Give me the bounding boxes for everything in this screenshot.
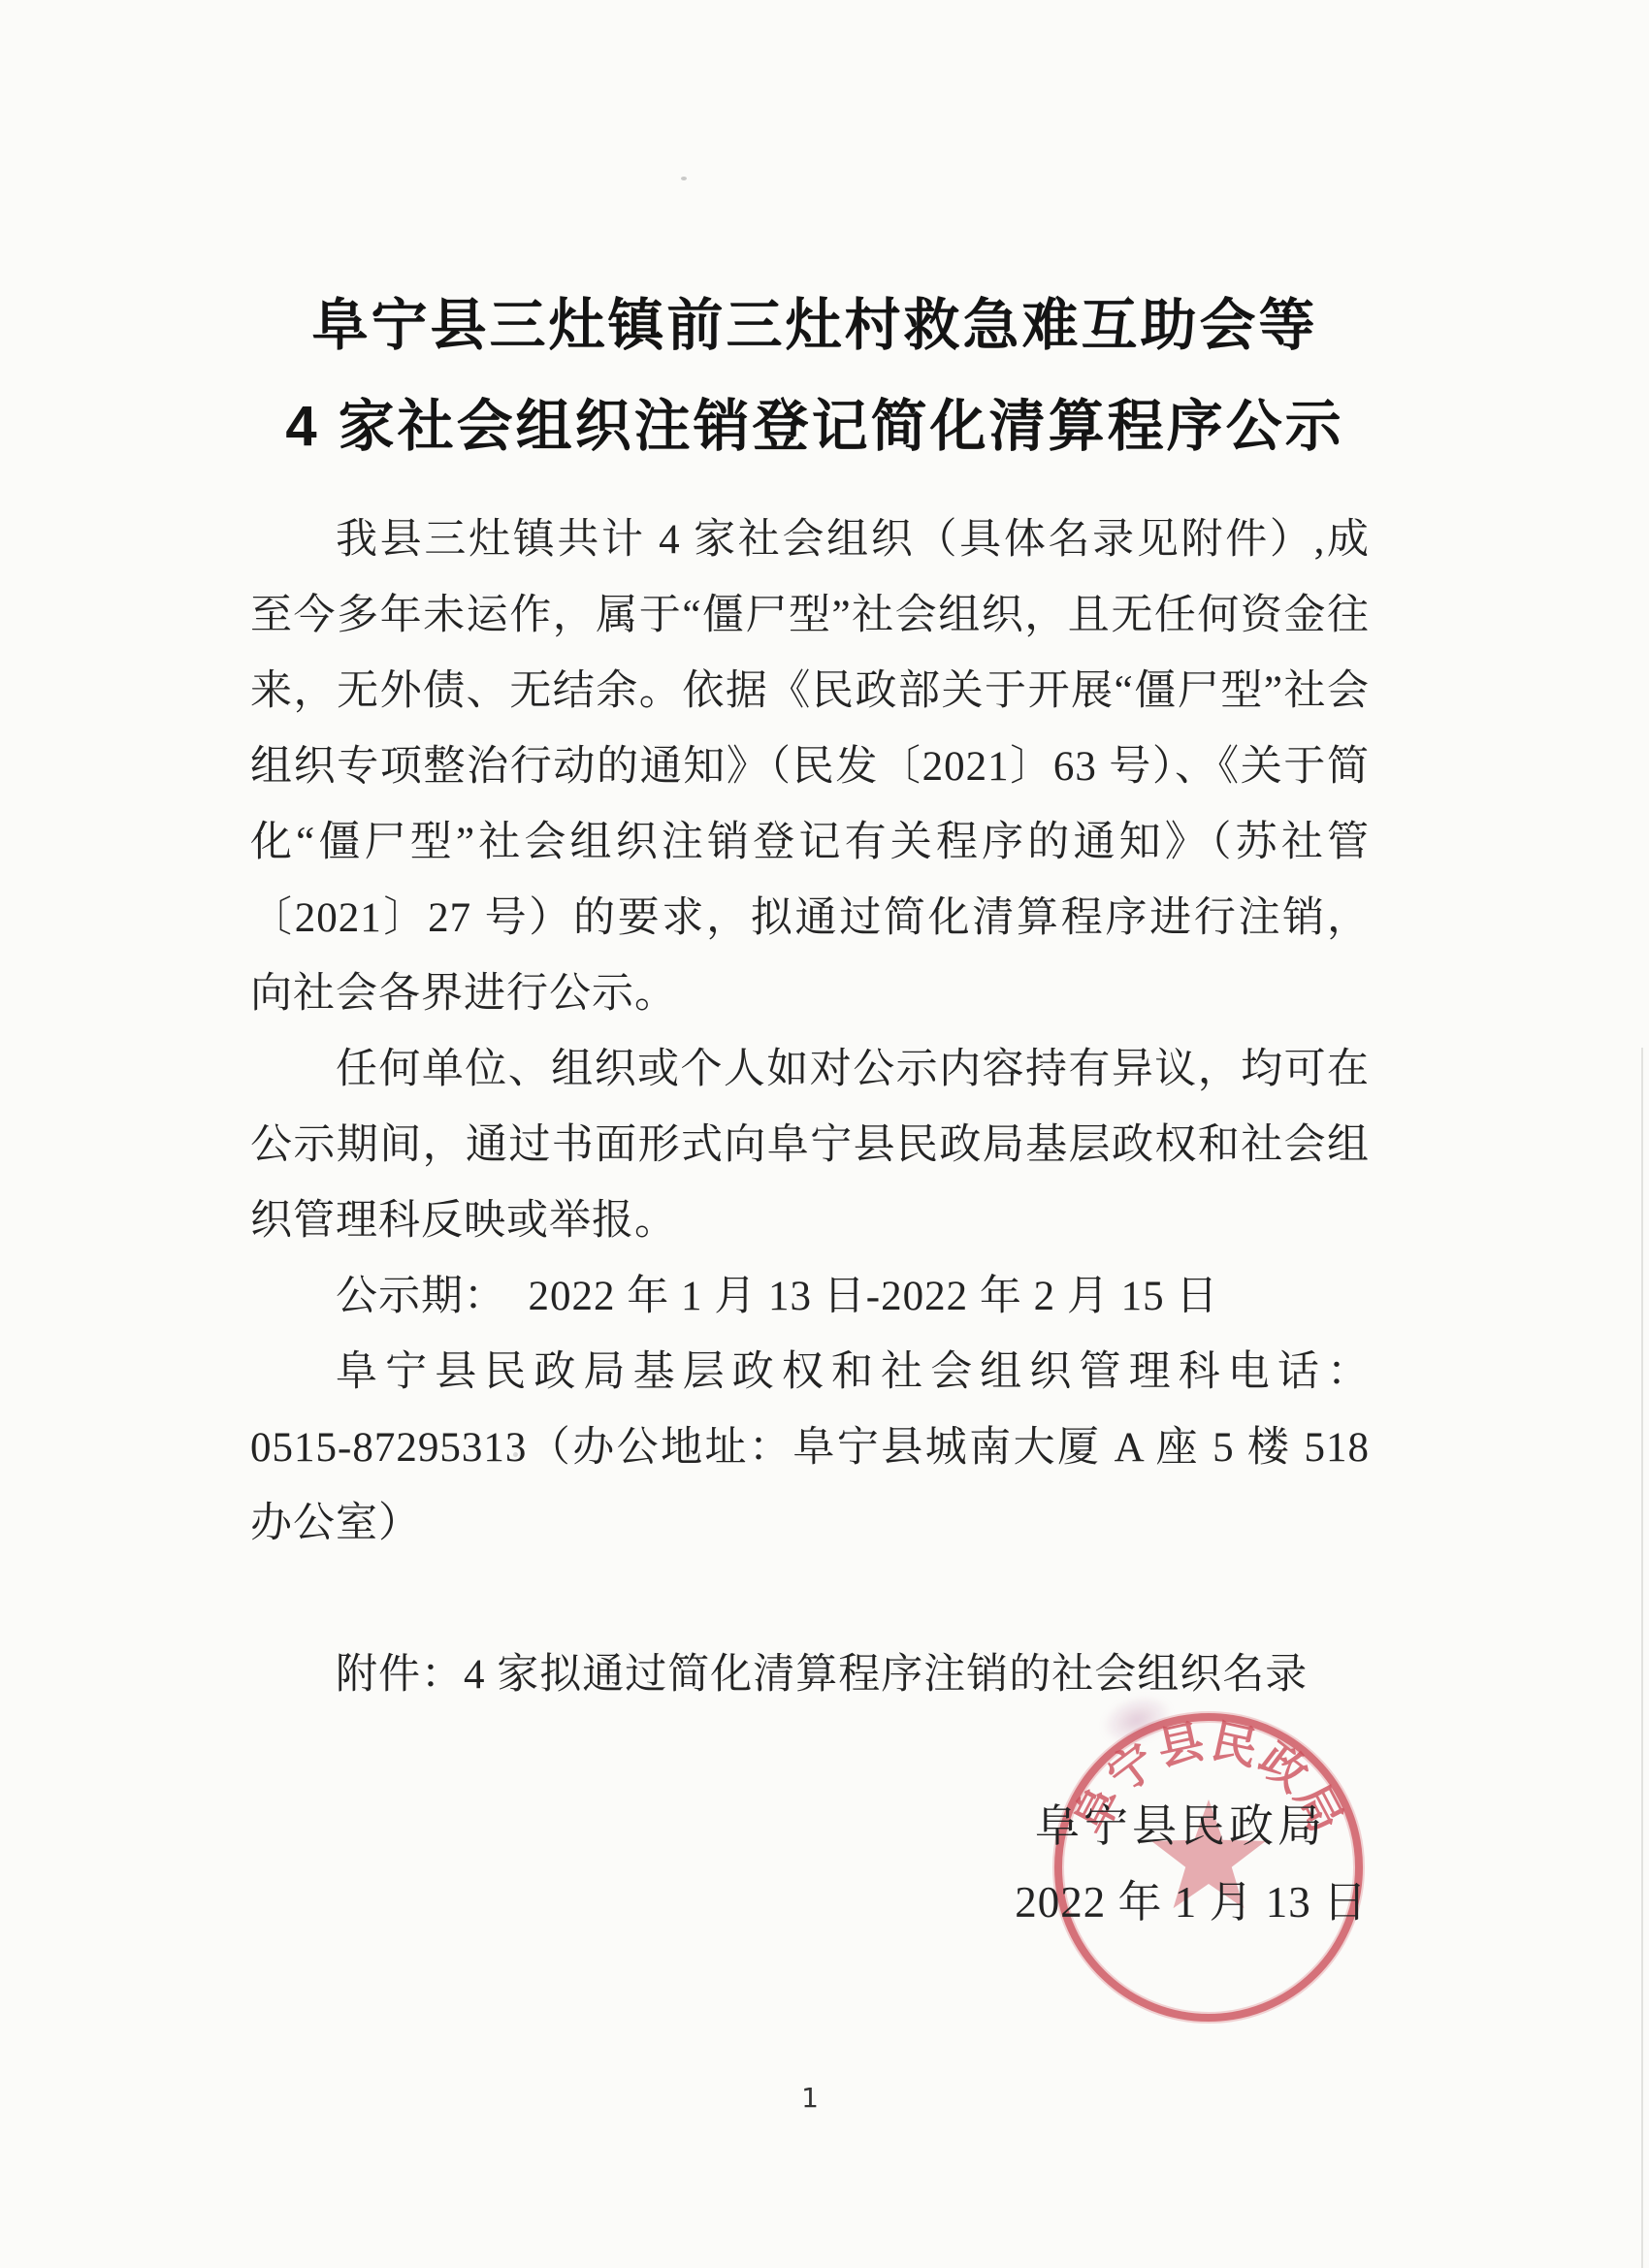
document-body: 我县三灶镇共计 4 家社会组织（具体名录见附件）,成立 至今多年未运作，属于“僵… bbox=[250, 502, 1370, 1940]
page-number: 1 bbox=[0, 2082, 1620, 2114]
signature-org: 阜宁县民政局 bbox=[250, 1789, 1370, 1864]
body-line-8: 任何单位、组织或个人如对公示内容持有异议，均可在 bbox=[250, 1032, 1370, 1108]
document-page: 阜宁县三灶镇前三灶村救急难互助会等 4 家社会组织注销登记简化清算程序公示 我县… bbox=[0, 0, 1649, 2268]
scan-edge-shadow bbox=[1641, 1048, 1643, 2268]
body-line-7: 向社会各界进行公示。 bbox=[250, 956, 1370, 1032]
body-line-3: 来，无外债、无结余。依据《民政部关于开展“僵尸型”社会 bbox=[250, 654, 1370, 729]
attachment-line: 附件：4 家拟通过简化清算程序注销的社会组织名录 bbox=[250, 1637, 1370, 1713]
blank-line bbox=[250, 1713, 1370, 1789]
scan-speck bbox=[681, 177, 687, 180]
body-line-12: 阜宁县民政局基层政权和社会组织管理科电话： bbox=[250, 1335, 1370, 1410]
body-line-1: 我县三灶镇共计 4 家社会组织（具体名录见附件）,成立 bbox=[250, 502, 1370, 578]
body-line-14: 办公室） bbox=[250, 1486, 1370, 1562]
body-line-10: 织管理科反映或举报。 bbox=[250, 1183, 1370, 1259]
body-line-4: 组织专项整治行动的通知》（民发〔2021〕63 号）、《关于简 bbox=[250, 729, 1370, 805]
body-line-9: 公示期间，通过书面形式向阜宁县民政局基层政权和社会组 bbox=[250, 1108, 1370, 1183]
blank-line bbox=[250, 1562, 1370, 1637]
body-line-11: 公示期： 2022 年 1 月 13 日-2022 年 2 月 15 日 bbox=[250, 1259, 1370, 1335]
body-line-13: 0515-87295313（办公地址：阜宁县城南大厦 A 座 5 楼 518 bbox=[250, 1410, 1370, 1486]
body-line-5: 化“僵尸型”社会组织注销登记有关程序的通知》（苏社管 bbox=[250, 805, 1370, 881]
signature-date: 2022 年 1 月 13 日 bbox=[250, 1864, 1370, 1940]
body-line-6: 〔2021〕27 号）的要求，拟通过简化清算程序进行注销，特 bbox=[250, 881, 1370, 956]
document-title-line-1: 阜宁县三灶镇前三灶村救急难互助会等 bbox=[10, 279, 1620, 361]
document-title-line-2: 4 家社会组织注销登记简化清算程序公示 bbox=[10, 380, 1620, 462]
body-line-2: 至今多年未运作，属于“僵尸型”社会组织，且无任何资金往 bbox=[250, 578, 1370, 654]
